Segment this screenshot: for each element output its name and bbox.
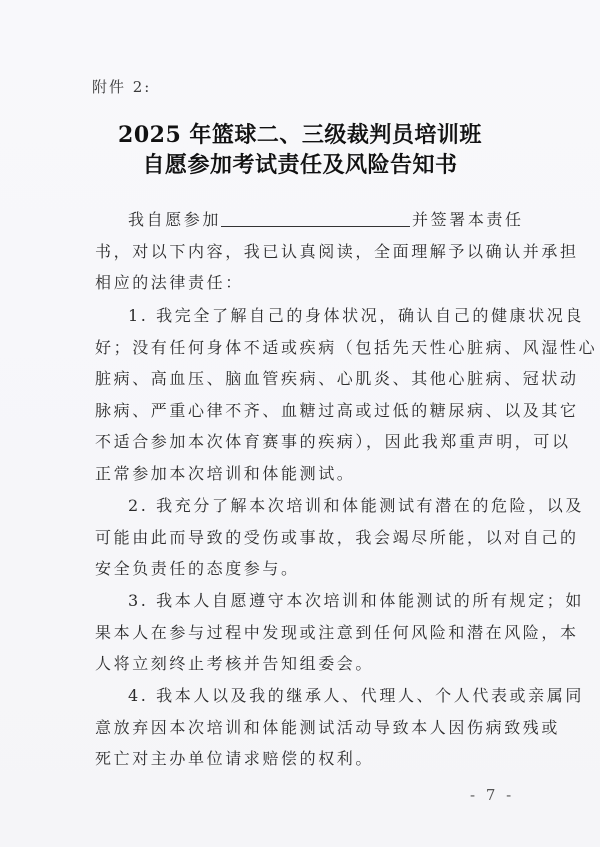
clause-line: 意放弃因本次培训和体能测试活动导致本人因伤病致残或	[95, 712, 515, 744]
document-page: 附件 2: 2025 年篮球二、三级裁判员培训班 自愿参加考试责任及风险告知书 …	[0, 0, 600, 847]
document-title-line-2: 自愿参加考试责任及风险告知书	[0, 148, 600, 179]
clause-3: 3. 我本人自愿遵守本次培训和体能测试的所有规定；如 果本人在参与过程中发现或注…	[95, 585, 515, 680]
document-title-line-1: 2025 年篮球二、三级裁判员培训班	[0, 118, 600, 149]
clause-line: 脉病、严重心律不齐、血糖过高或过低的糖尿病、以及其它	[95, 395, 515, 427]
clause-line: 1. 我完全了解自己的身体状况，确认自己的健康状况良	[95, 300, 515, 332]
intro-line-3: 相应的法律责任：	[95, 267, 515, 299]
clause-line: 可能由此而导致的受伤或事故，我会竭尽所能，以对自己的	[95, 522, 515, 554]
clause-line: 死亡对主办单位请求赔偿的权利。	[95, 743, 515, 775]
event-name-blank-field[interactable]	[221, 208, 410, 227]
clause-line: 4. 我本人以及我的继承人、代理人、个人代表或亲属同	[95, 680, 515, 712]
clause-line: 果本人在参与过程中发现或注意到任何风险和潜在风险，本	[95, 617, 515, 649]
clause-4: 4. 我本人以及我的继承人、代理人、个人代表或亲属同 意放弃因本次培训和体能测试…	[95, 680, 515, 775]
clause-line: 不适合参加本次体育赛事的疾病），因此我郑重声明，可以	[95, 426, 515, 458]
intro-line-2: 书，对以下内容，我已认真阅读，全面理解予以确认并承担	[95, 236, 515, 268]
clause-line: 安全负责任的态度参与。	[95, 553, 515, 585]
intro-text-after-blank: 并签署本责任	[412, 210, 524, 229]
clause-line: 2. 我充分了解本次培训和体能测试有潜在的危险，以及	[95, 490, 515, 522]
clause-line: 脏病、高血压、脑血管疾病、心肌炎、其他心脏病、冠状动	[95, 363, 515, 395]
intro-paragraph: 我自愿参加并签署本责任 书，对以下内容，我已认真阅读，全面理解予以确认并承担 相…	[95, 204, 515, 299]
clause-line: 3. 我本人自愿遵守本次培训和体能测试的所有规定；如	[95, 585, 515, 617]
clause-2: 2. 我充分了解本次培训和体能测试有潜在的危险，以及 可能由此而导致的受伤或事故…	[95, 490, 515, 585]
clause-1: 1. 我完全了解自己的身体状况，确认自己的健康状况良 好；没有任何身体不适或疾病…	[95, 300, 515, 489]
page-number: - 7 -	[470, 786, 514, 804]
attachment-label: 附件 2:	[92, 76, 151, 97]
clause-line: 好；没有任何身体不适或疾病（包括先天性心脏病、风湿性心	[95, 332, 515, 364]
clause-line: 人将立刻终止考核并告知组委会。	[95, 648, 515, 680]
clause-line: 正常参加本次培训和体能测试。	[95, 458, 515, 490]
intro-text-before-blank: 我自愿参加	[128, 210, 221, 229]
intro-line-1: 我自愿参加并签署本责任	[95, 204, 515, 236]
